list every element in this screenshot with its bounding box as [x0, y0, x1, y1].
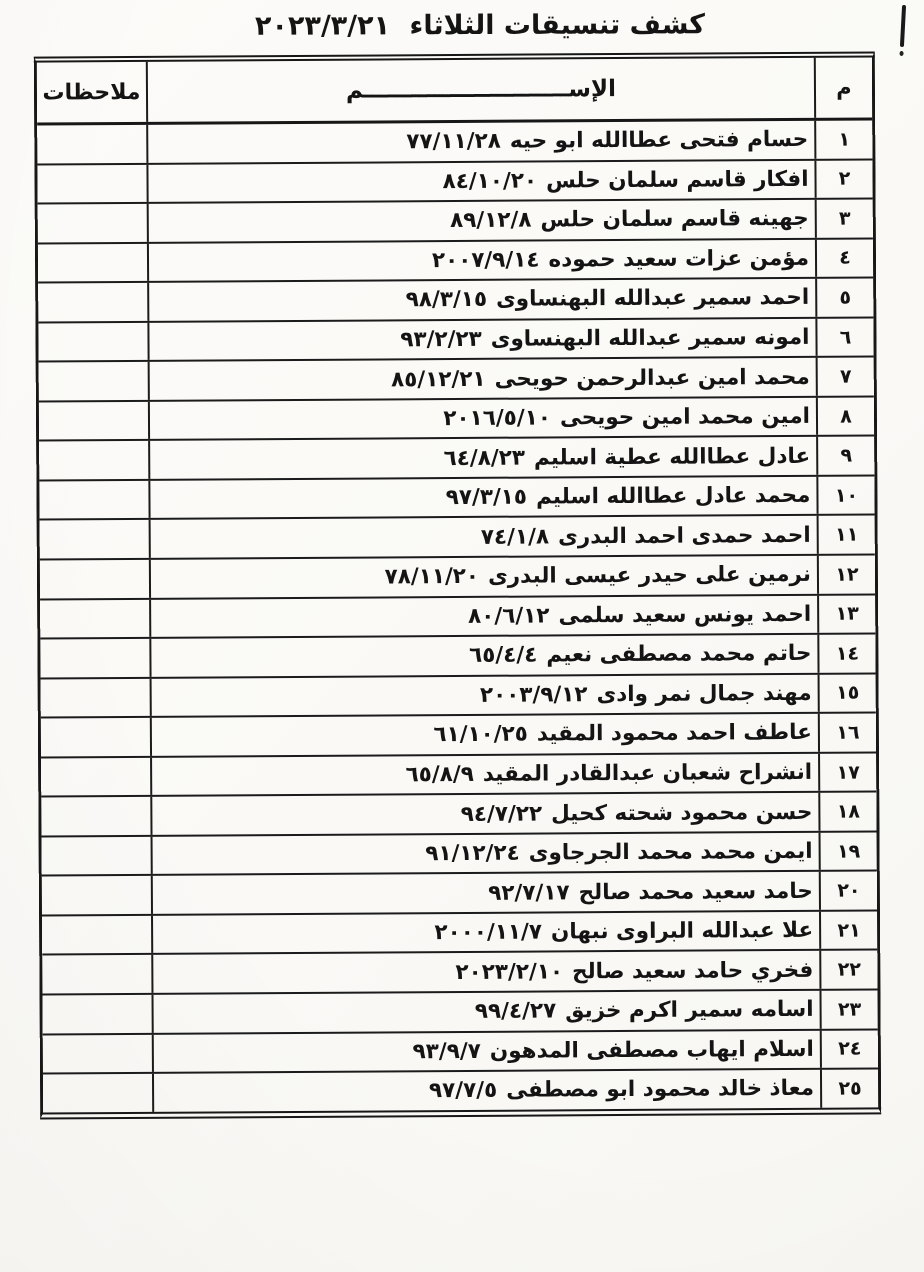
- row-notes-cell: [41, 758, 152, 796]
- row-birthdate: ٩٧/٧/٥: [429, 1078, 497, 1103]
- table-row: ١١ احمد حمدى احمد البدرى ٧٤/١/٨: [40, 514, 875, 559]
- row-name-cell: محمد امين عبدالرحمن حويحى ٨٥/١٢/٢١: [150, 358, 818, 400]
- coordination-list-table: م الإســــــــــــــــــــــــــم ملاحظا…: [34, 51, 881, 1119]
- row-birthdate: ٩٢/٧/١٧: [488, 880, 569, 905]
- row-notes-cell: [38, 204, 149, 242]
- row-number: ٨: [818, 397, 874, 435]
- row-birthdate: ٩٨/٣/١٥: [406, 287, 487, 312]
- row-number: ٩: [818, 437, 874, 475]
- row-birthdate: ٩٧/٣/١٥: [446, 485, 527, 510]
- row-birthdate: ٨٩/١٢/٨: [450, 208, 531, 233]
- row-number: ٥: [817, 279, 873, 317]
- row-birthdate: ٦٥/٤/٤: [469, 643, 537, 668]
- row-name-text: حاتم محمد مصطفى نعيم: [546, 641, 811, 668]
- row-name-text: احمد يونس سعيد سلمى: [558, 602, 811, 629]
- row-number: ٢٠: [821, 872, 877, 910]
- row-number: ١٢: [819, 555, 875, 593]
- row-number: ٤: [817, 239, 873, 277]
- row-number: ٢٥: [822, 1070, 878, 1108]
- row-notes-cell: [39, 402, 150, 440]
- row-number: ١٩: [821, 832, 877, 870]
- row-notes-cell: [38, 323, 149, 361]
- table-row: ٢٠ حامد سعيد محمد صالح ٩٢/٧/١٧: [42, 870, 877, 915]
- row-name-text: معاذ خالد محمود ابو مصطفى: [506, 1076, 814, 1103]
- row-notes-cell: [41, 718, 152, 756]
- row-birthdate: ٧٤/١/٨: [481, 524, 549, 549]
- row-name-text: حسن محمود شحته كحيل: [551, 799, 812, 826]
- row-name-cell: عاطف احمد محمود المقيد ٦١/١٠/٢٥: [152, 714, 820, 756]
- row-name-text: مهند جمال نمر وادى: [596, 681, 811, 707]
- header-name-column: الإســــــــــــــــــــــــــم: [148, 58, 816, 122]
- row-name-cell: احمد يونس سعيد سلمى ٨٠/٦/١٢: [151, 595, 819, 637]
- row-birthdate: ٦٤/٨/٢٣: [444, 445, 525, 470]
- table-row: ٢٣ اسامه سمير اكرم خزيق ٩٩/٤/٢٧: [42, 988, 877, 1033]
- table-row: ٦ امونه سمير عبدالله البهنساوى ٩٣/٢/٢٣: [38, 316, 873, 361]
- row-notes-cell: [39, 441, 150, 479]
- table-row: ١٢ نرمين على حيدر عيسى البدرى ٧٨/١١/٢٠: [40, 553, 875, 598]
- table-row: ٢٥ معاذ خالد محمود ابو مصطفى ٩٧/٧/٥: [43, 1068, 878, 1113]
- row-name-cell: حسام فتحى عطاالله ابو حيه ٧٧/١١/٢٨: [148, 121, 816, 163]
- table-row: ٢٤ اسلام ايهاب مصطفى المدهون ٩٣/٩/٧: [43, 1028, 878, 1073]
- row-name-text: محمد عادل عطاالله اسليم: [536, 483, 811, 510]
- row-notes-cell: [39, 481, 150, 519]
- table-row: ١٦ عاطف احمد محمود المقيد ٦١/١٠/٢٥: [41, 712, 876, 757]
- row-name-cell: اسامه سمير اكرم خزيق ٩٩/٤/٢٧: [153, 991, 821, 1033]
- row-number: ٧: [818, 358, 874, 396]
- row-name-cell: احمد حمدى احمد البدرى ٧٤/١/٨: [151, 516, 819, 558]
- row-number: ١٨: [820, 793, 876, 831]
- row-name-cell: مهند جمال نمر وادى ٢٠٠٣/٩/١٢: [152, 674, 820, 716]
- row-name-cell: عادل عطاالله عطية اسليم ٦٤/٨/٢٣: [150, 437, 818, 479]
- row-notes-cell: [42, 995, 153, 1033]
- row-name-cell: مؤمن عزات سعيد حموده ٢٠٠٧/٩/١٤: [149, 239, 817, 281]
- row-birthdate: ٨٤/١٠/٢٠: [443, 168, 538, 194]
- row-name-text: اسلام ايهاب مصطفى المدهون: [490, 1037, 814, 1064]
- row-notes-cell: [43, 1074, 154, 1112]
- table-row: ٩ عادل عطاالله عطية اسليم ٦٤/٨/٢٣: [39, 435, 874, 480]
- row-number: ٢٣: [821, 990, 877, 1028]
- row-birthdate: ٧٧/١١/٢٨: [406, 129, 501, 155]
- row-notes-cell: [42, 837, 153, 875]
- row-number: ١٤: [819, 635, 875, 673]
- table-row: ١٩ ايمن محمد محمد الجرجاوى ٩١/١٢/٢٤: [42, 830, 877, 875]
- row-name-cell: فخري حامد سعيد صالح ٢٠٢٣/٢/١٠: [153, 951, 821, 993]
- table-body: ١ حسام فتحى عطاالله ابو حيه ٧٧/١١/٢٨ ٢ ا…: [37, 120, 878, 1112]
- table-row: ٤ مؤمن عزات سعيد حموده ٢٠٠٧/٩/١٤: [38, 237, 873, 282]
- row-name-text: جهينه قاسم سلمان حلس: [540, 206, 808, 233]
- row-notes-cell: [41, 679, 152, 717]
- row-name-cell: جهينه قاسم سلمان حلس ٨٩/١٢/٨: [149, 200, 817, 242]
- row-notes-cell: [40, 639, 151, 677]
- row-notes-cell: [37, 125, 148, 163]
- row-birthdate: ٢٠٠٧/٩/١٤: [432, 247, 540, 273]
- row-name-text: حسام فتحى عطاالله ابو حيه: [510, 127, 809, 154]
- row-number: ١١: [819, 516, 875, 554]
- row-birthdate: ٩٣/٩/٧: [413, 1039, 481, 1064]
- table-row: ١٥ مهند جمال نمر وادى ٢٠٠٣/٩/١٢: [41, 672, 876, 717]
- row-name-cell: امونه سمير عبدالله البهنساوى ٩٣/٢/٢٣: [149, 319, 817, 361]
- table-row: ٧ محمد امين عبدالرحمن حويحى ٨٥/١٢/٢١: [39, 356, 874, 401]
- table-row: ١٤ حاتم محمد مصطفى نعيم ٦٥/٤/٤: [40, 633, 875, 678]
- row-birthdate: ٩٤/٧/٢٢: [461, 801, 542, 826]
- row-notes-cell: [40, 560, 151, 598]
- row-name-text: حامد سعيد محمد صالح: [579, 878, 813, 904]
- row-notes-cell: [42, 876, 153, 914]
- row-birthdate: ٢٠٠٣/٩/١٢: [480, 682, 588, 708]
- row-birthdate: ٩٣/٢/٢٣: [400, 327, 481, 352]
- row-number: ٢٤: [822, 1030, 878, 1068]
- row-notes-cell: [42, 916, 153, 954]
- row-name-cell: احمد سمير عبدالله البهنساوى ٩٨/٣/١٥: [149, 279, 817, 321]
- row-name-text: امين محمد امين حويحى: [560, 404, 810, 431]
- row-birthdate: ٨٠/٦/١٢: [468, 603, 549, 628]
- table-row: ١ حسام فتحى عطاالله ابو حيه ٧٧/١١/٢٨: [37, 120, 872, 163]
- document-title-text: كشف تنسيقات الثلاثاء: [409, 9, 705, 41]
- row-birthdate: ٧٨/١١/٢٠: [384, 564, 479, 590]
- header-notes-column: ملاحظات: [37, 62, 148, 123]
- row-name-text: اسامه سمير اكرم خزيق: [565, 997, 814, 1024]
- row-number: ١٠: [818, 476, 874, 514]
- row-number: ٦: [817, 318, 873, 356]
- document-title-date: ٢٠٢٣/٣/٢١: [255, 10, 390, 41]
- row-notes-cell: [39, 362, 150, 400]
- row-name-cell: حامد سعيد محمد صالح ٩٢/٧/١٧: [153, 872, 821, 914]
- row-name-cell: معاذ خالد محمود ابو مصطفى ٩٧/٧/٥: [154, 1070, 822, 1112]
- row-name-text: افكار قاسم سلمان حلس: [546, 167, 809, 194]
- row-number: ١٣: [819, 595, 875, 633]
- row-notes-cell: [42, 955, 153, 993]
- table-header-row: م الإســــــــــــــــــــــــــم ملاحظا…: [37, 57, 872, 125]
- table-row: ١٨ حسن محمود شحته كحيل ٩٤/٧/٢٢: [41, 791, 876, 836]
- row-number: ١٦: [820, 714, 876, 752]
- table-row: ١٠ محمد عادل عطاالله اسليم ٩٧/٣/١٥: [39, 474, 874, 519]
- row-name-text: نرمين على حيدر عيسى البدرى: [488, 562, 811, 589]
- row-notes-cell: [40, 520, 151, 558]
- row-notes-cell: [37, 164, 148, 202]
- header-number-column: م: [816, 57, 872, 117]
- table-row: ١٣ احمد يونس سعيد سلمى ٨٠/٦/١٢: [40, 593, 875, 638]
- row-name-text: امونه سمير عبدالله البهنساوى: [491, 325, 810, 352]
- table-row: ٨ امين محمد امين حويحى ٢٠١٦/٥/١٠: [39, 395, 874, 440]
- row-notes-cell: [40, 599, 151, 637]
- scan-artifact-mark: [900, 5, 906, 47]
- row-name-text: عادل عطاالله عطية اسليم: [534, 443, 810, 470]
- row-name-text: ايمن محمد محمد الجرجاوى: [529, 839, 813, 866]
- row-birthdate: ٨٥/١٢/٢١: [391, 366, 486, 392]
- scanned-document-page: كشف تنسيقات الثلاثاء ٢٠٢٣/٣/٢١ م الإســـ…: [0, 0, 924, 1272]
- row-name-cell: امين محمد امين حويحى ٢٠١٦/٥/١٠: [150, 398, 818, 440]
- row-notes-cell: [38, 283, 149, 321]
- row-number: ٣: [817, 200, 873, 238]
- table-row: ٢١ علا عبدالله البراوى نبهان ٢٠٠٠/١١/٧: [42, 909, 877, 954]
- document-title: كشف تنسيقات الثلاثاء ٢٠٢٣/٣/٢١: [250, 9, 710, 42]
- row-name-text: فخري حامد سعيد صالح: [572, 958, 813, 984]
- row-notes-cell: [38, 244, 149, 282]
- table-row: ٢٢ فخري حامد سعيد صالح ٢٠٢٣/٢/١٠: [42, 949, 877, 994]
- table-row: ٥ احمد سمير عبدالله البهنساوى ٩٨/٣/١٥: [38, 277, 873, 322]
- row-birthdate: ٢٠٢٣/٢/١٠: [455, 959, 563, 985]
- row-number: ٢١: [821, 911, 877, 949]
- row-name-text: محمد امين عبدالرحمن حويحى: [495, 364, 810, 391]
- row-birthdate: ٦٥/٨/٩: [406, 762, 474, 787]
- row-number: ١٧: [820, 753, 876, 791]
- row-birthdate: ٩٩/٤/٢٧: [475, 999, 556, 1024]
- row-notes-cell: [43, 1034, 154, 1072]
- row-name-cell: اسلام ايهاب مصطفى المدهون ٩٣/٩/٧: [154, 1030, 822, 1072]
- row-name-cell: ايمن محمد محمد الجرجاوى ٩١/١٢/٢٤: [153, 833, 821, 875]
- row-number: ٢٢: [821, 951, 877, 989]
- row-birthdate: ٢٠١٦/٥/١٠: [443, 406, 551, 432]
- row-birthdate: ٦١/١٠/٢٥: [433, 722, 528, 748]
- row-name-text: عاطف احمد محمود المقيد: [537, 720, 812, 747]
- row-number: ١: [816, 120, 872, 158]
- row-name-text: احمد حمدى احمد البدرى: [558, 523, 811, 550]
- row-birthdate: ٩١/١٢/٢٤: [425, 841, 520, 867]
- row-number: ٢: [816, 160, 872, 198]
- row-birthdate: ٢٠٠٠/١١/٧: [434, 920, 542, 946]
- table-row: ٣ جهينه قاسم سلمان حلس ٨٩/١٢/٨: [38, 198, 873, 243]
- row-name-cell: افكار قاسم سلمان حلس ٨٤/١٠/٢٠: [148, 160, 816, 202]
- row-name-cell: نرمين على حيدر عيسى البدرى ٧٨/١١/٢٠: [151, 556, 819, 598]
- row-name-cell: حسن محمود شحته كحيل ٩٤/٧/٢٢: [152, 793, 820, 835]
- row-name-cell: علا عبدالله البراوى نبهان ٢٠٠٠/١١/٧: [153, 912, 821, 954]
- row-name-cell: حاتم محمد مصطفى نعيم ٦٥/٤/٤: [151, 635, 819, 677]
- table-row: ١٧ انشراح شعبان عبدالقادر المقيد ٦٥/٨/٩: [41, 751, 876, 796]
- row-name-cell: انشراح شعبان عبدالقادر المقيد ٦٥/٨/٩: [152, 754, 820, 796]
- row-name-text: مؤمن عزات سعيد حموده: [548, 246, 809, 273]
- row-name-text: علا عبدالله البراوى نبهان: [551, 918, 813, 945]
- row-name-text: احمد سمير عبدالله البهنساوى: [496, 285, 809, 312]
- row-name-cell: محمد عادل عطاالله اسليم ٩٧/٣/١٥: [150, 477, 818, 519]
- row-number: ١٥: [820, 674, 876, 712]
- row-notes-cell: [41, 797, 152, 835]
- row-name-text: انشراح شعبان عبدالقادر المقيد: [483, 760, 812, 787]
- table-row: ٢ افكار قاسم سلمان حلس ٨٤/١٠/٢٠: [37, 158, 872, 203]
